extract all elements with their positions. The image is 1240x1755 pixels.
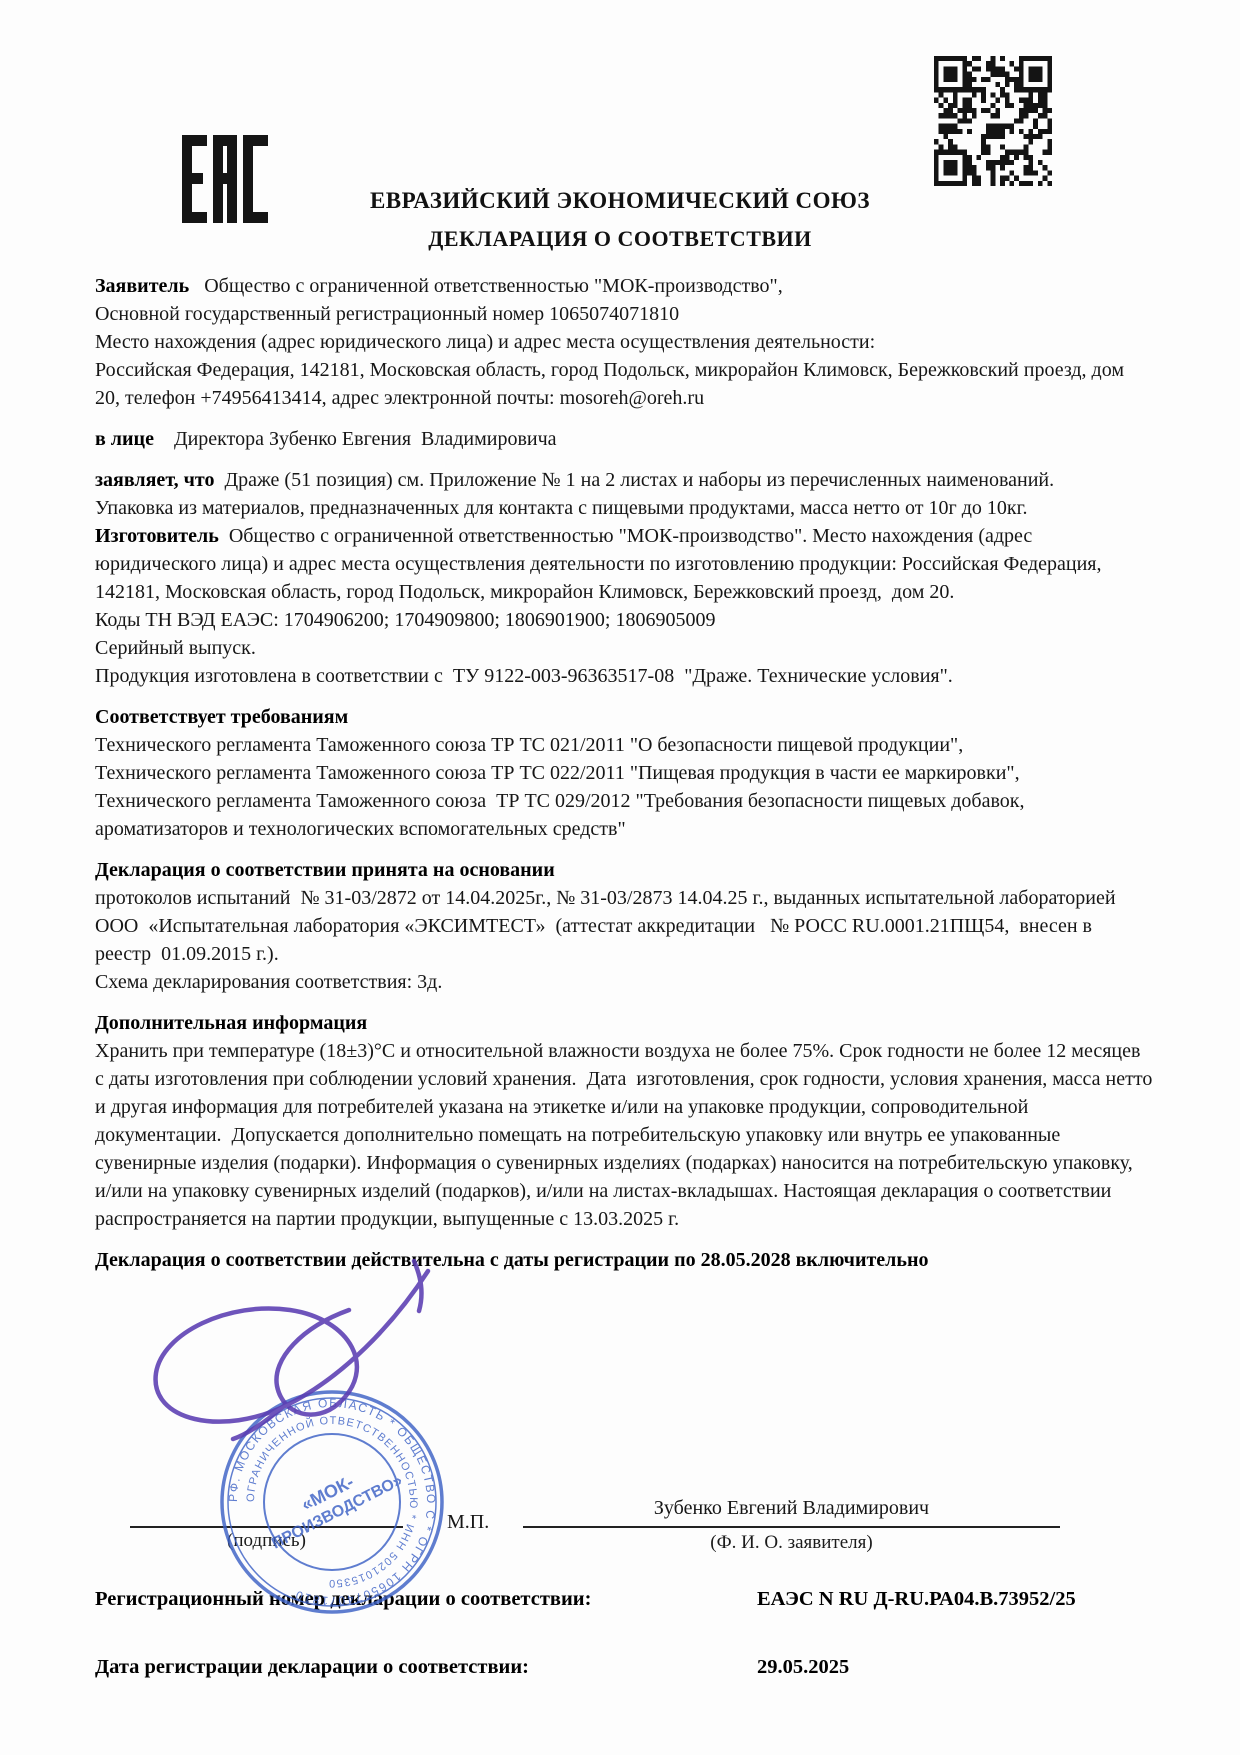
text-run: Директора Зубенко Евгения Владимировича — [154, 428, 557, 450]
text-run: Коды ТН ВЭД ЕАЭС: 1704906200; 1704909800… — [95, 609, 715, 631]
registration-date-label: Дата регистрации декларации о соответств… — [95, 1656, 529, 1679]
text-run: Упаковка из материалов, предназначенных … — [95, 497, 1028, 519]
registration-number-value: ЕАЭС N RU Д-RU.РА04.В.73952/25 — [757, 1588, 1076, 1611]
fio-line — [523, 1526, 1060, 1528]
bold-label: Заявитель — [95, 275, 189, 297]
body-text: Заявитель Общество с ограниченной ответс… — [95, 272, 1153, 1274]
text-run: Драже (51 позиция) см. Приложение № 1 на… — [214, 469, 1054, 491]
qr-code-icon — [934, 56, 1052, 186]
text-run: Место нахождения (адрес юридического лиц… — [95, 331, 875, 353]
text-run: Общество с ограниченной ответственностью… — [95, 525, 1106, 603]
document-page: ЕВРАЗИЙСКИЙ ЭКОНОМИЧЕСКИЙ СОЮЗ ДЕКЛАРАЦИ… — [0, 0, 1240, 1755]
paragraph: Заявитель Общество с ограниченной ответс… — [95, 272, 1153, 300]
paragraph: Дополнительная информация — [95, 1009, 1153, 1037]
paragraph: Изготовитель Общество с ограниченной отв… — [95, 522, 1153, 606]
paragraph: Упаковка из материалов, предназначенных … — [95, 494, 1153, 522]
paragraph: протоколов испытаний № 31-03/2872 от 14.… — [95, 884, 1153, 968]
bold-label: в лице — [95, 428, 154, 450]
text-run: Основной государственный регистрационный… — [95, 303, 679, 325]
paragraph: Коды ТН ВЭД ЕАЭС: 1704906200; 1704909800… — [95, 606, 1153, 634]
paragraph: Технического регламента Таможенного союз… — [95, 787, 1153, 843]
text-run: Серийный выпуск. — [95, 637, 256, 659]
text-run: Технического регламента Таможенного союз… — [95, 734, 963, 756]
signature-ink — [125, 1253, 455, 1453]
paragraph: Декларация о соответствии принята на осн… — [95, 856, 1153, 884]
fio-caption: (Ф. И. О. заявителя) — [523, 1532, 1060, 1554]
bold-label: Декларация о соответствии принята на осн… — [95, 859, 555, 881]
text-run: Технического регламента Таможенного союз… — [95, 790, 1030, 840]
union-title: ЕВРАЗИЙСКИЙ ЭКОНОМИЧЕСКИЙ СОЮЗ — [0, 188, 1240, 214]
text-run: Хранить при температуре (18±3)°С и относ… — [95, 1040, 1157, 1230]
document-title: ДЕКЛАРАЦИЯ О СООТВЕТСТВИИ — [0, 226, 1240, 252]
paragraph: Хранить при температуре (18±3)°С и относ… — [95, 1037, 1153, 1233]
bold-label: Дополнительная информация — [95, 1012, 367, 1034]
paragraph: Место нахождения (адрес юридического лиц… — [95, 328, 1153, 356]
paragraph: Технического регламента Таможенного союз… — [95, 759, 1153, 787]
paragraph: в лице Директора Зубенко Евгения Владими… — [95, 425, 1153, 453]
paragraph: Российская Федерация, 142181, Московская… — [95, 356, 1153, 412]
text-run: Российская Федерация, 142181, Московская… — [95, 359, 1129, 409]
paragraph: Соответствует требованиям — [95, 703, 1153, 731]
applicant-name: Зубенко Евгений Владимирович — [523, 1497, 1060, 1520]
text-run: Общество с ограниченной ответственностью… — [189, 275, 783, 297]
registration-date-value: 29.05.2025 — [757, 1656, 849, 1679]
text-run: Технического регламента Таможенного союз… — [95, 762, 1020, 784]
paragraph: Продукция изготовлена в соответствии с Т… — [95, 662, 1153, 690]
bold-label: Изготовитель — [95, 525, 219, 547]
text-run: протоколов испытаний № 31-03/2872 от 14.… — [95, 887, 1126, 965]
paragraph: Схема декларирования соответствия: 3д. — [95, 968, 1153, 996]
paragraph: заявляет, что Драже (51 позиция) см. При… — [95, 466, 1153, 494]
paragraph: Технического регламента Таможенного союз… — [95, 731, 1153, 759]
text-run: Схема декларирования соответствия: 3д. — [95, 971, 442, 993]
paragraph: Основной государственный регистрационный… — [95, 300, 1153, 328]
bold-label: заявляет, что — [95, 469, 214, 491]
text-run: Продукция изготовлена в соответствии с Т… — [95, 665, 953, 687]
paragraph: Серийный выпуск. — [95, 634, 1153, 662]
bold-label: Соответствует требованиям — [95, 706, 348, 728]
